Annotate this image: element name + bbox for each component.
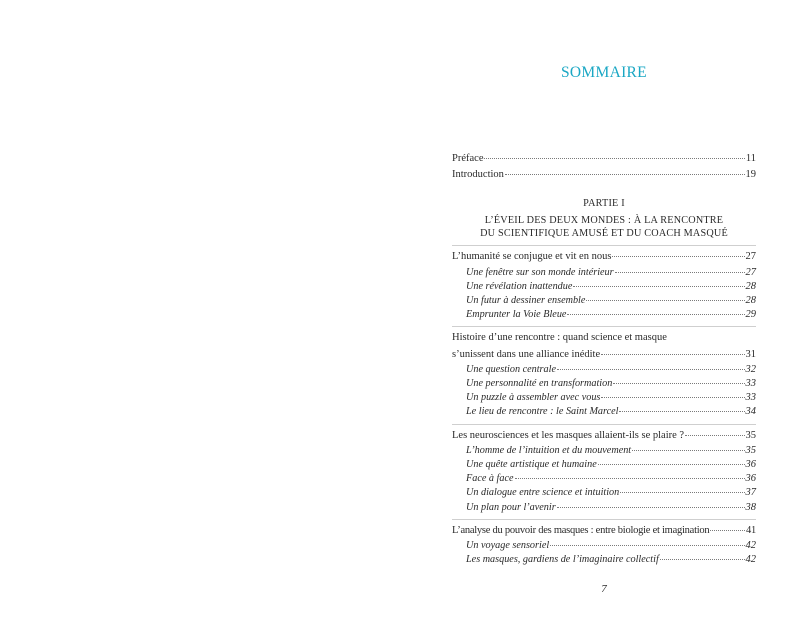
chapter-block: L’humanité se conjugue et vit en nous 27…: [452, 245, 756, 322]
entry-label: L’analyse du pouvoir des masques : entre…: [452, 523, 709, 539]
part-title-line2: DU SCIENTIFIQUE AMUSÉ ET DU COACH MASQUÉ: [452, 227, 756, 240]
toc-entry-introduction[interactable]: Introduction 19: [452, 167, 756, 183]
entry-label: Le lieu de rencontre : le Saint Marcel: [466, 405, 618, 419]
entry-page: 28: [746, 280, 757, 294]
toc-section-entry[interactable]: Un futur à dessiner ensemble 28: [452, 294, 756, 308]
entry-label: Un puzzle à assembler avec vous: [466, 391, 600, 405]
page-number: 7: [452, 583, 756, 595]
toc-section-entry[interactable]: Une fenêtre sur son monde intérieur 27: [452, 266, 756, 280]
dot-leader: [573, 286, 744, 287]
entry-label: Préface: [452, 151, 483, 167]
toc-section-entry[interactable]: L’homme de l’intuition et du mouvement 3…: [452, 444, 756, 458]
entry-label: Un plan pour l’avenir: [466, 501, 556, 515]
entry-page: 36: [746, 472, 757, 486]
dot-leader: [615, 272, 745, 273]
toc-section-entry[interactable]: Une révélation inattendue 28: [452, 280, 756, 294]
entry-page: 33: [746, 377, 757, 391]
toc-section-entry[interactable]: Les masques, gardiens de l’imaginaire co…: [452, 553, 756, 567]
dot-leader: [557, 369, 745, 370]
part-number: PARTIE I: [452, 197, 756, 210]
entry-page: 34: [746, 405, 757, 419]
dot-leader: [601, 397, 744, 398]
toc-section-entry[interactable]: Un voyage sensoriel 42: [452, 539, 756, 553]
entry-page: 37: [746, 486, 757, 500]
entry-label: Une personnalité en transformation: [466, 377, 612, 391]
entry-page: 32: [746, 363, 757, 377]
dot-leader: [710, 530, 745, 531]
toc-chapter-entry[interactable]: s’unissent dans une alliance inédite 31: [452, 347, 756, 363]
entry-page: 11: [746, 151, 756, 167]
entry-label: Les masques, gardiens de l’imaginaire co…: [466, 553, 659, 567]
entry-label: Une quête artistique et humaine: [466, 458, 597, 472]
toc-section-entry[interactable]: Emprunter la Voie Bleue 29: [452, 308, 756, 322]
chapter-block: Les neurosciences et les masques allaien…: [452, 424, 756, 515]
entry-label: Les neurosciences et les masques allaien…: [452, 428, 684, 444]
dot-leader: [586, 300, 744, 301]
entry-page: 36: [746, 458, 757, 472]
entry-page: 38: [746, 501, 757, 515]
entry-label: Une révélation inattendue: [466, 280, 572, 294]
entry-page: 19: [746, 167, 757, 183]
entry-label: Face à face: [466, 472, 514, 486]
entry-page: 31: [746, 347, 757, 363]
entry-label: Un futur à dessiner ensemble: [466, 294, 585, 308]
dot-leader: [685, 435, 744, 436]
entry-label: Emprunter la Voie Bleue: [466, 308, 566, 322]
toc-section-entry[interactable]: Une quête artistique et humaine 36: [452, 458, 756, 472]
dot-leader: [660, 559, 745, 560]
toc-section-entry[interactable]: Un plan pour l’avenir 38: [452, 501, 756, 515]
toc-entry-preface[interactable]: Préface 11: [452, 151, 756, 167]
toc-section-entry[interactable]: Un dialogue entre science et intuition 3…: [452, 486, 756, 500]
dot-leader: [505, 174, 745, 175]
dot-leader: [632, 450, 744, 451]
entry-label: Introduction: [452, 167, 504, 183]
toc-chapter-entry[interactable]: Les neurosciences et les masques allaien…: [452, 428, 756, 444]
dot-leader: [601, 354, 744, 355]
entry-label: Un dialogue entre science et intuition: [466, 486, 619, 500]
dot-leader: [515, 478, 745, 479]
entry-label: Un voyage sensoriel: [466, 539, 549, 553]
entry-page: 27: [746, 249, 757, 265]
entry-page: 35: [746, 444, 757, 458]
entry-page: 42: [746, 539, 757, 553]
part-title-line1: L’ÉVEIL DES DEUX MONDES : À LA RENCONTRE: [452, 214, 756, 227]
entry-label: s’unissent dans une alliance inédite: [452, 347, 600, 363]
toc-section-entry[interactable]: Une question centrale 32: [452, 363, 756, 377]
toc-section-entry[interactable]: Le lieu de rencontre : le Saint Marcel 3…: [452, 405, 756, 419]
dot-leader: [612, 256, 744, 257]
entry-page: 33: [746, 391, 757, 405]
entry-page: 41: [746, 523, 756, 539]
entry-label: Une question centrale: [466, 363, 556, 377]
dot-leader: [550, 545, 744, 546]
toc-chapter-entry[interactable]: L’humanité se conjugue et vit en nous 27: [452, 249, 756, 265]
part-heading: PARTIE I L’ÉVEIL DES DEUX MONDES : À LA …: [452, 197, 756, 240]
entry-page: 29: [746, 308, 757, 322]
dot-leader: [484, 158, 744, 159]
toc-section-entry[interactable]: Un puzzle à assembler avec vous 33: [452, 391, 756, 405]
entry-label: L’humanité se conjugue et vit en nous: [452, 249, 611, 265]
dot-leader: [598, 464, 745, 465]
page-title: SOMMAIRE: [452, 64, 756, 82]
toc-chapter-entry[interactable]: L’analyse du pouvoir des masques : entre…: [452, 523, 756, 539]
entry-page: 35: [746, 428, 757, 444]
chapter-block: Histoire d’une rencontre : quand science…: [452, 326, 756, 419]
dot-leader: [557, 507, 745, 508]
dot-leader: [567, 314, 744, 315]
dot-leader: [619, 411, 744, 412]
book-page: SOMMAIRE Préface 11 Introduction 19 PART…: [452, 0, 756, 637]
entry-page: 28: [746, 294, 757, 308]
toc-section-entry[interactable]: Face à face 36: [452, 472, 756, 486]
toc-section-entry[interactable]: Une personnalité en transformation 33: [452, 377, 756, 391]
chapter-block: L’analyse du pouvoir des masques : entre…: [452, 519, 756, 568]
table-of-contents: Préface 11 Introduction 19 PARTIE I L’ÉV…: [452, 151, 756, 567]
entry-label: Une fenêtre sur son monde intérieur: [466, 266, 614, 280]
entry-page: 42: [746, 553, 757, 567]
entry-label: L’homme de l’intuition et du mouvement: [466, 444, 631, 458]
entry-page: 27: [746, 266, 757, 280]
entry-label-line1[interactable]: Histoire d’une rencontre : quand science…: [452, 330, 756, 346]
dot-leader: [620, 492, 744, 493]
dot-leader: [613, 383, 744, 384]
